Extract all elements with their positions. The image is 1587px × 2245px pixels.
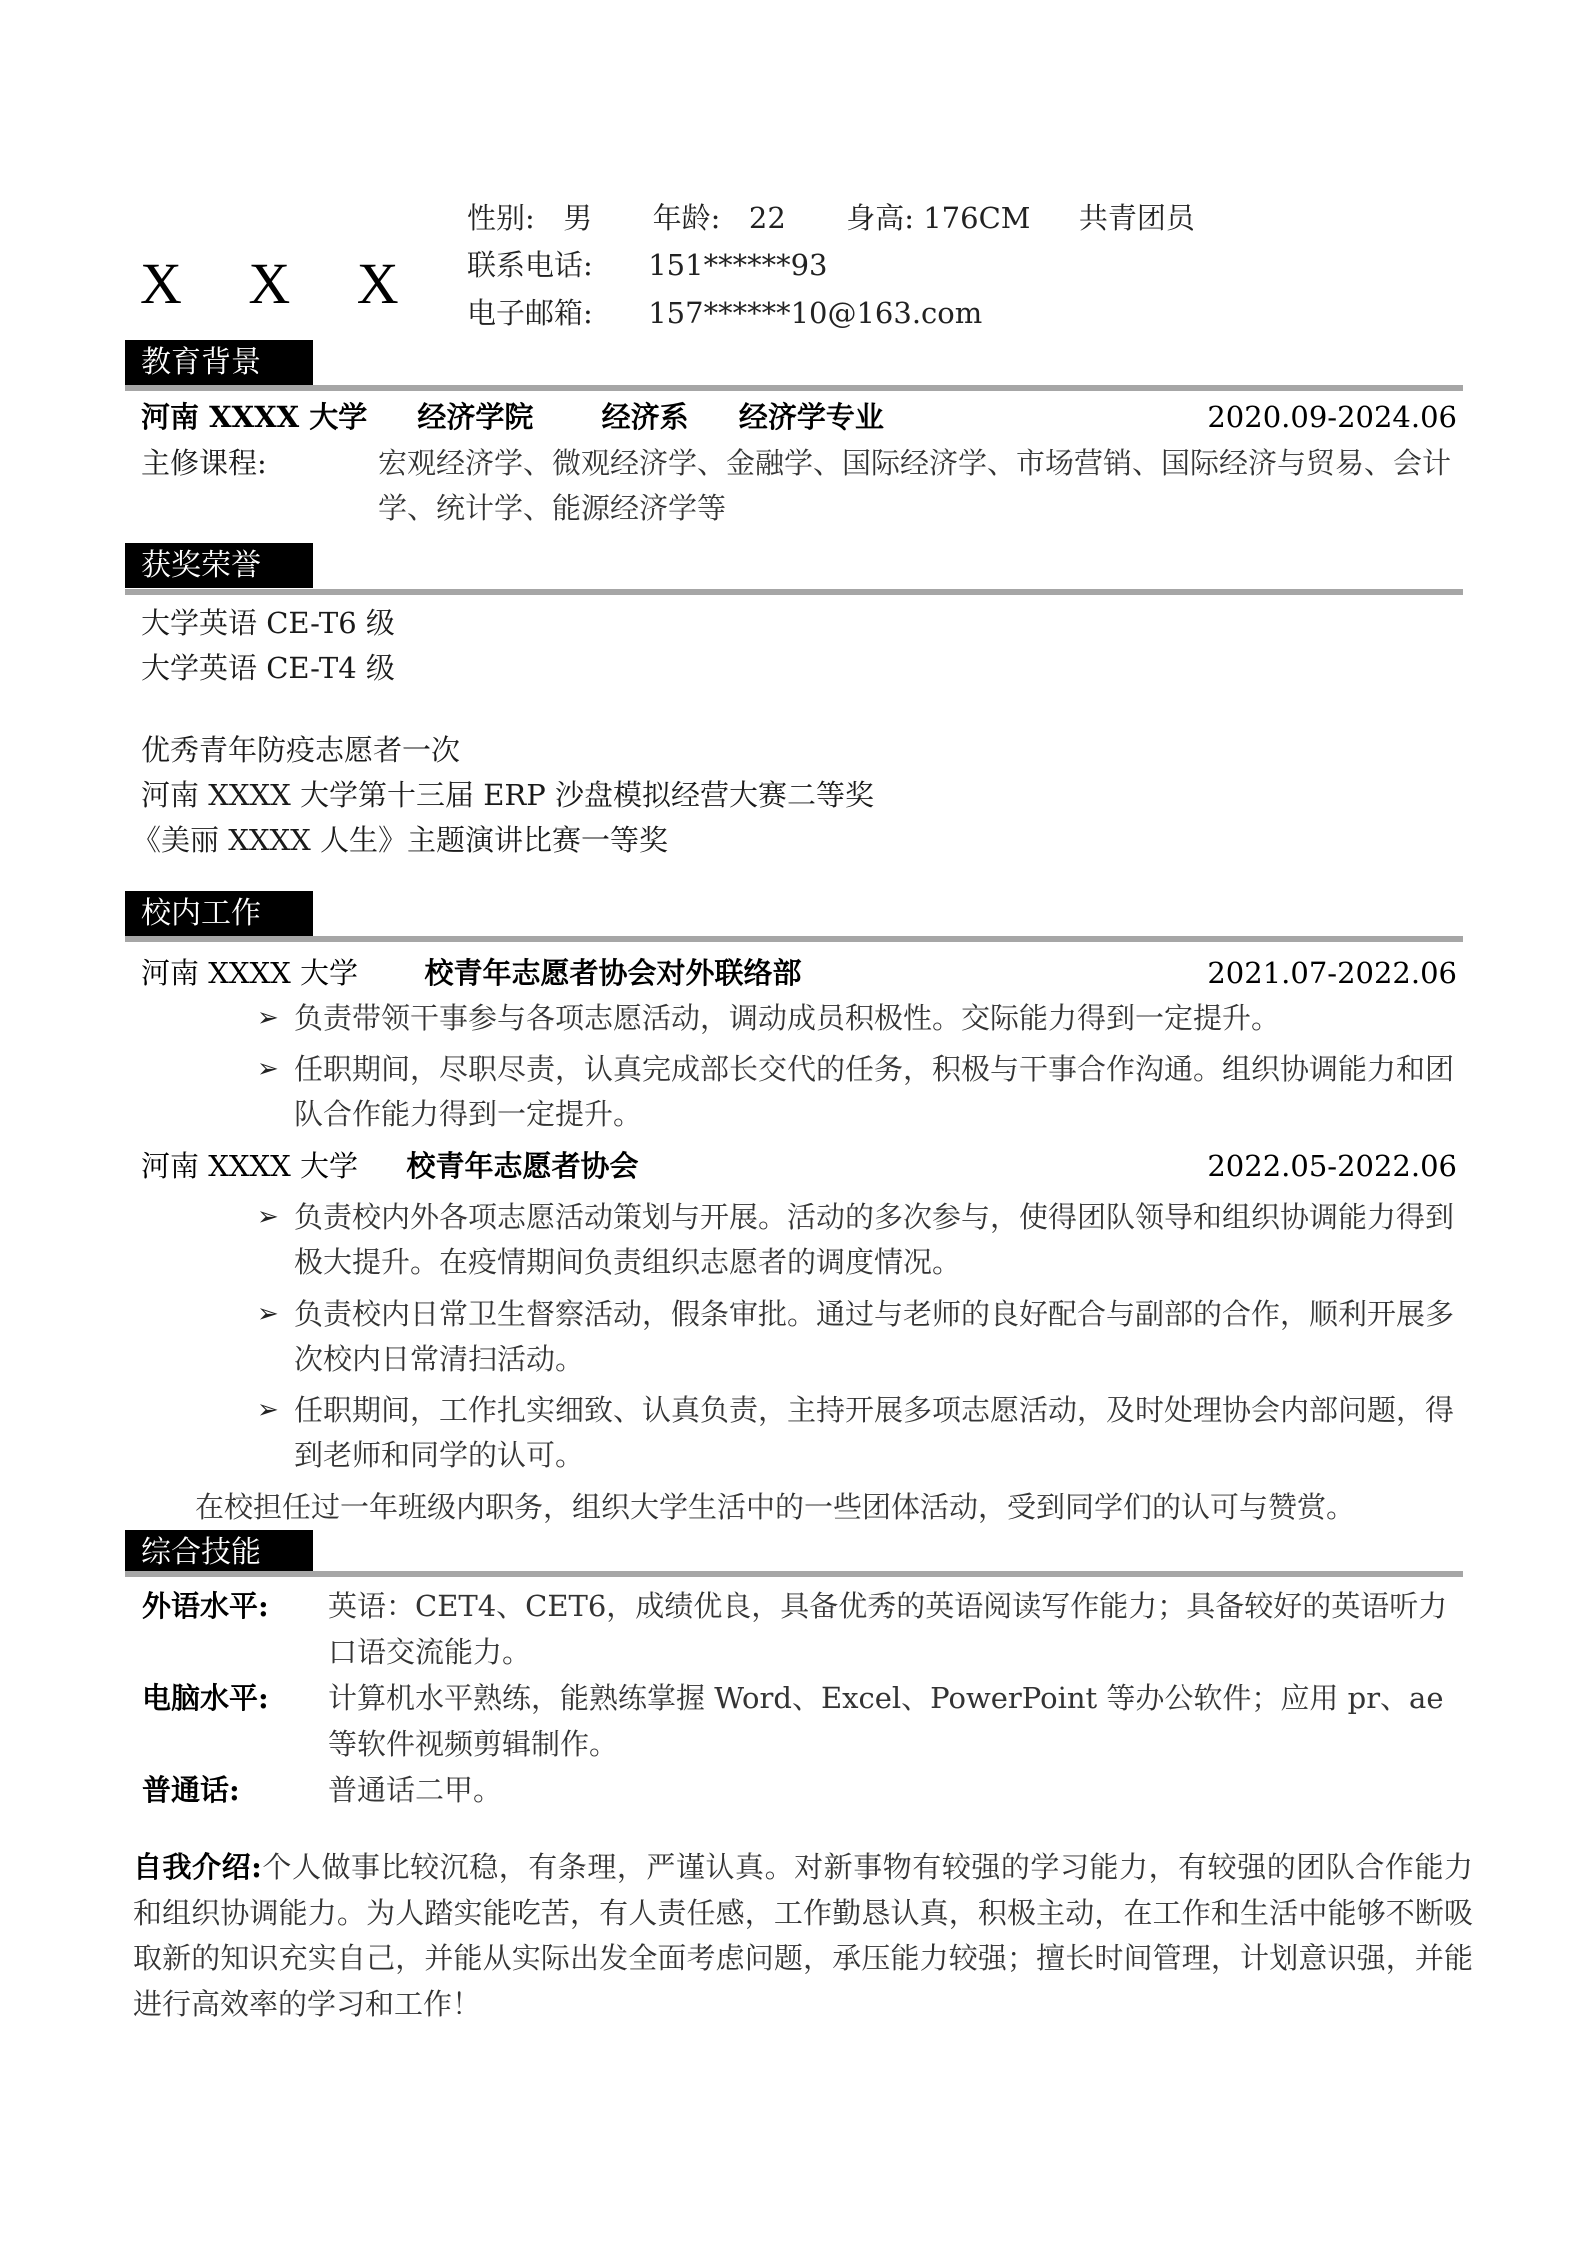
award-item: 优秀青年防疫志愿者一次 bbox=[141, 728, 460, 773]
skill-label-computer: 电脑水平: bbox=[142, 1675, 269, 1721]
arrow-bullet-icon: ➢ bbox=[257, 1388, 279, 1433]
section-title-awards: 获奖荣誉 bbox=[125, 543, 313, 588]
section-divider bbox=[125, 589, 1463, 595]
gender-label: 性别: bbox=[467, 196, 535, 241]
work-school: 河南 XXXX 大学 bbox=[141, 1149, 358, 1183]
email-label: 电子邮箱: bbox=[467, 291, 639, 336]
age-label: 年龄: bbox=[653, 196, 721, 241]
work-bullet: ➢ 负责校内日常卫生督察活动，假条审批。通过与老师的良好配合与副部的合作，顺利开… bbox=[257, 1292, 1457, 1382]
award-item: 大学英语 CE-T6 级 bbox=[141, 601, 395, 646]
skill-text-computer: 计算机水平熟练，能熟练掌握 Word、Excel、PowerPoint 等办公软… bbox=[328, 1675, 1463, 1767]
work-org: 校青年志愿者协会 bbox=[406, 1149, 638, 1183]
height-value: 176CM bbox=[923, 196, 1030, 241]
work-summary: 在校担任过一年班级内职务，组织大学生活中的一些团体活动，受到同学们的认可与赞赏。 bbox=[195, 1485, 1355, 1530]
phone-value: 151******93 bbox=[648, 243, 827, 288]
major-name: 经济学专业 bbox=[739, 400, 884, 434]
courses-label: 主修课程: bbox=[141, 441, 267, 486]
award-item: 河南 XXXX 大学第十三届 ERP 沙盘模拟经营大赛二等奖 bbox=[141, 773, 874, 818]
political-status: 共青团员 bbox=[1079, 196, 1195, 241]
section-title-skills: 综合技能 bbox=[125, 1530, 313, 1575]
award-item: 大学英语 CE-T4 级 bbox=[141, 646, 395, 691]
phone-line: 联系电话: 151******93 bbox=[467, 243, 827, 288]
arrow-bullet-icon: ➢ bbox=[257, 1195, 279, 1240]
department-name: 经济系 bbox=[602, 400, 689, 434]
arrow-bullet-icon: ➢ bbox=[257, 996, 279, 1041]
section-title-work: 校内工作 bbox=[125, 891, 313, 936]
age-value: 22 bbox=[749, 196, 786, 241]
work-bullet: ➢ 任职期间，尽职尽责，认真完成部长交代的任务，积极与干事合作沟通。组织协调能力… bbox=[257, 1047, 1457, 1137]
self-introduction: 自我介绍:个人做事比较沉稳，有条理，严谨认真。对新事物有较强的学习能力，有较强的… bbox=[133, 1845, 1473, 2027]
skill-label-mandarin: 普通话: bbox=[142, 1767, 240, 1813]
section-title-education: 教育背景 bbox=[125, 340, 313, 385]
arrow-bullet-icon: ➢ bbox=[257, 1047, 279, 1092]
section-divider bbox=[125, 1571, 1463, 1577]
email-line: 电子邮箱: 157******10@163.com bbox=[467, 291, 982, 336]
phone-label: 联系电话: bbox=[467, 243, 639, 288]
skill-text-mandarin: 普通话二甲。 bbox=[328, 1767, 1463, 1813]
award-item: 《美丽 XXXX 人生》主题演讲比赛一等奖 bbox=[132, 818, 668, 863]
gender-value: 男 bbox=[563, 196, 592, 241]
college-name: 经济学院 bbox=[417, 400, 533, 434]
education-header: 河南 XXXX 大学 经济学院 经济系 经济学专业 bbox=[141, 395, 884, 440]
work-date: 2021.07-2022.06 bbox=[1207, 951, 1457, 996]
height-label: 身高: bbox=[846, 196, 914, 241]
intro-label: 自我介绍: bbox=[133, 1850, 262, 1884]
skill-label-language: 外语水平: bbox=[142, 1583, 269, 1629]
work-org: 校青年志愿者协会对外联络部 bbox=[424, 956, 801, 990]
school-name: 河南 XXXX 大学 bbox=[141, 400, 367, 434]
work-bullet: ➢ 任职期间，工作扎实细致、认真负责，主持开展多项志愿活动，及时处理协会内部问题… bbox=[257, 1388, 1457, 1478]
work-entry-header: 河南 XXXX 大学 校青年志愿者协会 bbox=[141, 1144, 638, 1189]
basic-info-line: 性别: 男 年龄: 22 身高: 176CM 共青团员 bbox=[467, 196, 1195, 241]
courses-list: 宏观经济学、微观经济学、金融学、国际经济学、市场营销、国际经济与贸易、会计学、统… bbox=[378, 441, 1458, 531]
arrow-bullet-icon: ➢ bbox=[257, 1292, 279, 1337]
education-date: 2020.09-2024.06 bbox=[1207, 395, 1457, 440]
email-value: 157******10@163.com bbox=[648, 291, 982, 336]
intro-text: 个人做事比较沉稳，有条理，严谨认真。对新事物有较强的学习能力，有较强的团队合作能… bbox=[133, 1850, 1473, 2021]
section-divider bbox=[125, 385, 1463, 391]
work-bullet: ➢ 负责校内外各项志愿活动策划与开展。活动的多次参与，使得团队领导和组织协调能力… bbox=[257, 1195, 1457, 1285]
work-bullet: ➢ 负责带领干事参与各项志愿活动，调动成员积极性。交际能力得到一定提升。 bbox=[257, 996, 1457, 1041]
work-school: 河南 XXXX 大学 bbox=[141, 956, 358, 990]
work-entry-header: 河南 XXXX 大学 校青年志愿者协会对外联络部 bbox=[141, 951, 801, 996]
candidate-name: X X X bbox=[140, 248, 425, 320]
work-date: 2022.05-2022.06 bbox=[1207, 1144, 1457, 1189]
skill-text-language: 英语：CET4、CET6，成绩优良，具备优秀的英语阅读写作能力；具备较好的英语听… bbox=[328, 1583, 1463, 1675]
section-divider bbox=[125, 936, 1463, 942]
